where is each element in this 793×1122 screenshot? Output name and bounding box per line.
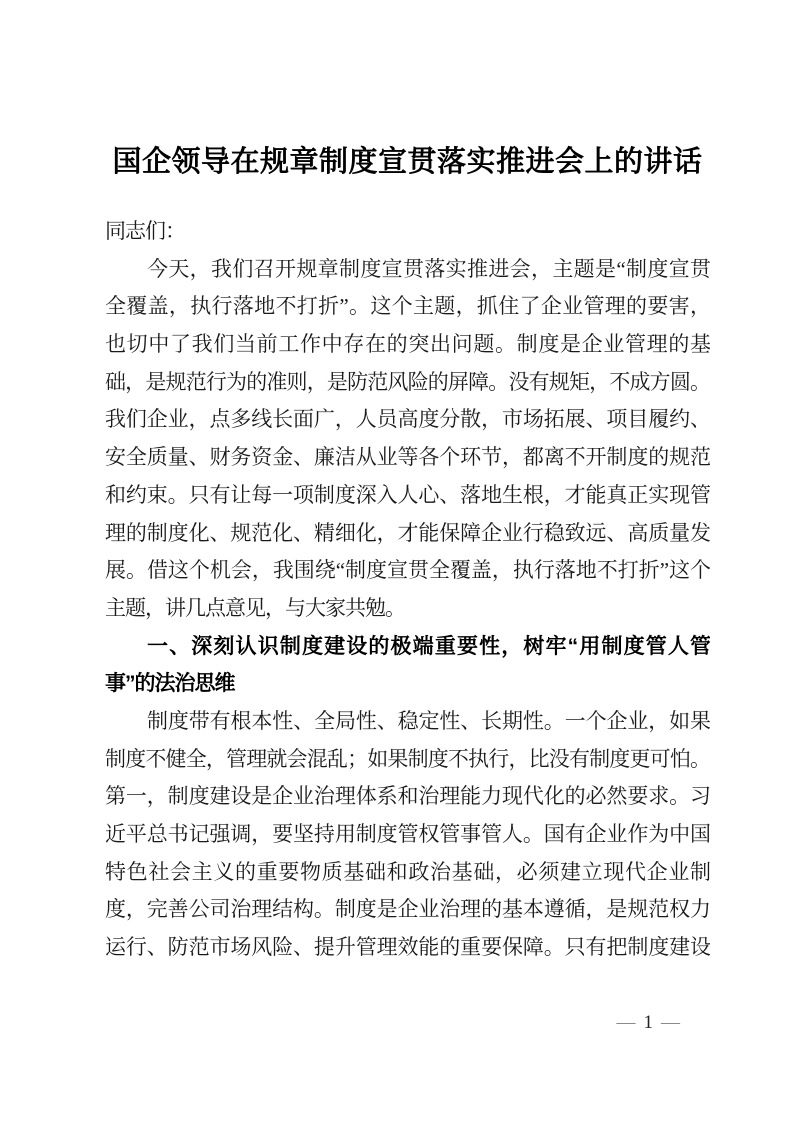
section-heading-line: 事”的法治思维	[105, 665, 710, 703]
paragraph-line: 和约束。只有让每一项制度深入人心、落地生根，才能真正实现管	[105, 477, 710, 515]
paragraph-line: 今天，我们召开规章制度宣贯落实推进会，主题是“制度宣贯	[105, 251, 710, 289]
page-number-value: 1	[644, 1012, 654, 1033]
document-body: 同志们： 今天，我们召开规章制度宣贯落实推进会，主题是“制度宣贯 全覆盖，执行落…	[105, 213, 710, 967]
paragraph-line: 全覆盖，执行落地不打折”。这个主题，抓住了企业管理的要害，	[105, 288, 710, 326]
paragraph-line: 制度不健全，管理就会混乱；如果制度不执行，比没有制度更可怕。	[105, 741, 710, 779]
paragraph-line: 运行、防范市场风险、提升管理效能的重要保障。只有把制度建设	[105, 929, 710, 967]
paragraph-line: 也切中了我们当前工作中存在的突出问题。制度是企业管理的基	[105, 326, 710, 364]
paragraph-line: 础，是规范行为的准则，是防范风险的屏障。没有规矩，不成方圆。	[105, 364, 710, 402]
page-number-dash-right: —	[661, 1012, 680, 1033]
section-heading-line: 一、深刻认识制度建设的极端重要性，树牢“用制度管人管	[105, 628, 710, 666]
paragraph-line: 主题，讲几点意见，与大家共勉。	[105, 590, 710, 628]
paragraph-line: 近平总书记强调，要坚持用制度管权管事管人。国有企业作为中国	[105, 816, 710, 854]
paragraph-line: 度，完善公司治理结构。制度是企业治理的基本遵循，是规范权力	[105, 891, 710, 929]
paragraph-line: 我们企业，点多线长面广，人员高度分散，市场拓展、项目履约、	[105, 401, 710, 439]
salutation-line: 同志们：	[105, 213, 710, 251]
paragraph-line: 特色社会主义的重要物质基础和政治基础，必须建立现代企业制	[105, 854, 710, 892]
document-page: 国企领导在规章制度宣贯落实推进会上的讲话 同志们： 今天，我们召开规章制度宣贯落…	[0, 0, 793, 1122]
paragraph-line: 制度带有根本性、全局性、稳定性、长期性。一个企业，如果	[105, 703, 710, 741]
paragraph-line: 展。借这个机会，我围绕“制度宣贯全覆盖，执行落地不打折”这个	[105, 552, 710, 590]
paragraph-line: 理的制度化、规范化、精细化，才能保障企业行稳致远、高质量发	[105, 515, 710, 553]
paragraph-line: 第一，制度建设是企业治理体系和治理能力现代化的必然要求。习	[105, 778, 710, 816]
document-title: 国企领导在规章制度宣贯落实推进会上的讲话	[105, 140, 710, 184]
page-number-dash-left: —	[617, 1012, 636, 1033]
page-number: —1—	[540, 1010, 680, 1036]
paragraph-line: 安全质量、财务资金、廉洁从业等各个环节，都离不开制度的规范	[105, 439, 710, 477]
